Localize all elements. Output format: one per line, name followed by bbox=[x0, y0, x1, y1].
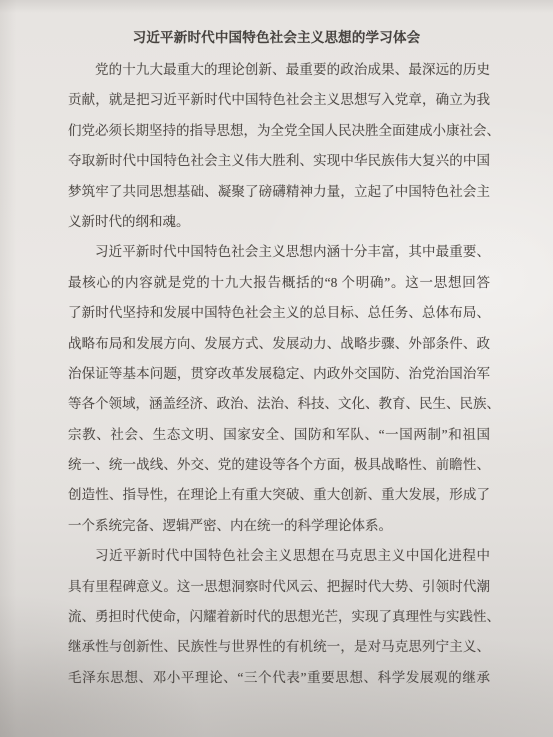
text-line: 梦筑牢了共同思想基础、凝聚了磅礴精神力量，立起了中国特色社会主 bbox=[68, 177, 490, 207]
text-line: 夺取新时代中国特色社会主义伟大胜利、实现中华民族伟大复兴的中国 bbox=[68, 146, 490, 176]
text-line: 等各个领域，涵盖经济、政治、法治、科技、文化、教育、民生、民族、 bbox=[68, 389, 490, 419]
text-line: 宗教、社会、生态文明、国家安全、国防和军队、“一国两制”和祖国 bbox=[68, 420, 490, 450]
text-line: 了新时代坚持和发展中国特色社会主义的总目标、总任务、总体布局、 bbox=[68, 298, 490, 328]
text-line: 流、勇担时代使命，闪耀着新时代的思想光芒，实现了真理性与实践性、 bbox=[68, 602, 490, 632]
text-line: 最核心的内容就是党的十九大报告概括的“8 个明确”。这一思想回答 bbox=[68, 268, 490, 298]
text-line: 习近平新时代中国特色社会主义思想内涵十分丰富，其中最重要、 bbox=[68, 237, 490, 267]
text-line: 党的十九大最重大的理论创新、最重要的政治成果、最深远的历史 bbox=[68, 55, 490, 85]
text-line: 治保证等基本问题，贯穿改革发展稳定、内政外交国防、治党治国治军 bbox=[68, 359, 490, 389]
text-line: 战略布局和发展方向、发展方式、发展动力、战略步骤、外部条件、政 bbox=[68, 329, 490, 359]
photographed-page: 习近平新时代中国特色社会主义思想的学习体会 党的十九大最重大的理论创新、最重要的… bbox=[0, 0, 553, 737]
text-line: 义新时代的纲和魂。 bbox=[68, 207, 490, 237]
text-line: 毛泽东思想、邓小平理论、“三个代表”重要思想、科学发展观的继承 bbox=[68, 663, 490, 693]
text-line: 贡献，就是把习近平新时代中国特色社会主义思想写入党章，确立为我 bbox=[68, 85, 490, 115]
text-line: 具有里程碑意义。这一思想洞察时代风云、把握时代大势、引领时代潮 bbox=[68, 572, 490, 602]
text-line: 一个系统完备、逻辑严密、内在统一的科学理论体系。 bbox=[68, 511, 490, 541]
text-line: 们党必须长期坚持的指导思想，为全党全国人民决胜全面建成小康社会、 bbox=[68, 116, 490, 146]
page-content: 习近平新时代中国特色社会主义思想的学习体会 党的十九大最重大的理论创新、最重要的… bbox=[0, 0, 553, 737]
text-line: 习近平新时代中国特色社会主义思想在马克思主义中国化进程中 bbox=[68, 541, 490, 571]
text-line: 统一、统一战线、外交、党的建设等各个方面，极具战略性、前瞻性、 bbox=[68, 450, 490, 480]
text-line: 继承性与创新性、民族性与世界性的有机统一，是对马克思列宁主义、 bbox=[68, 632, 490, 662]
document-body: 党的十九大最重大的理论创新、最重要的政治成果、最深远的历史贡献，就是把习近平新时… bbox=[68, 55, 490, 693]
document-title: 习近平新时代中国特色社会主义思想的学习体会 bbox=[0, 28, 553, 48]
text-line: 创造性、指导性，在理论上有重大突破、重大创新、重大发展，形成了 bbox=[68, 480, 490, 510]
